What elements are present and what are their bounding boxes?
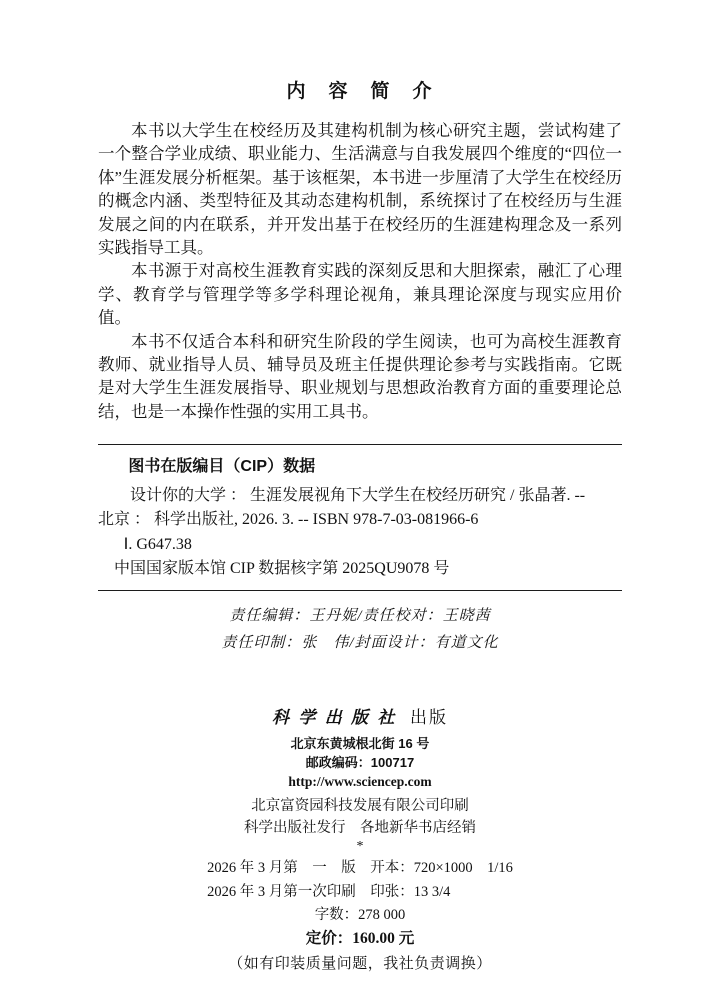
intro-paragraph-3: 本书不仅适合本科和研究生阶段的学生阅读，也可为高校生涯教育教师、就业指导人员、辅… [98, 330, 622, 424]
publisher-postal-code: 邮政编码：100717 [98, 753, 622, 772]
printing-line: 2026 年 3 月第一次印刷 印张：13 3/4 [207, 880, 513, 904]
publisher-logo-line: 科学出版社 出版 [98, 705, 622, 730]
word-count-line: 字数：278 000 [98, 904, 622, 926]
edition-line: 2026 年 3 月第 一 版 开本：720×1000 1/16 [207, 856, 513, 880]
cip-title-line: 设计你的大学 ： 生涯发展视角下大学生在校经历研究 / 张晶著. -- [98, 484, 622, 509]
credits-editor-line: 责任编辑：王丹妮/责任校对：王晓茜 [98, 603, 622, 630]
cip-heading: 图书在版编目（CIP）数据 [98, 455, 622, 480]
publisher-website: http://www.sciencep.com [98, 772, 622, 791]
publisher-logo-suffix: 出版 [404, 708, 448, 727]
divider-above-credits [98, 590, 622, 591]
intro-paragraph-1: 本书以大学生在校经历及其建构机制为核心研究主题，尝试构建了一个整合学业成绩、职业… [98, 119, 622, 259]
separator-asterisk: * [98, 839, 622, 855]
cip-classification: Ⅰ. G647.38 [98, 533, 622, 558]
intro-paragraph-2: 本书源于对高校生涯教育实践的深刻反思和大胆探索，融汇了心理学、教育学与管理学等多… [98, 259, 622, 329]
cip-block: 图书在版编目（CIP）数据 设计你的大学 ： 生涯发展视角下大学生在校经历研究 … [98, 455, 622, 582]
cip-publisher-line: 北京 ： 科学出版社, 2026. 3. -- ISBN 978-7-03-08… [98, 508, 622, 533]
edition-block: 2026 年 3 月第 一 版 开本：720×1000 1/16 2026 年 … [98, 856, 622, 904]
science-press-logo: 科学出版社 [272, 708, 404, 727]
exchange-note: （如有印装质量问题，我社负责调换） [98, 952, 622, 976]
credits-block: 责任编辑：王丹妮/责任校对：王晓茜 责任印制：张 伟/封面设计：有道文化 [98, 603, 622, 657]
divider-above-cip [98, 444, 622, 445]
price-line: 定价：160.00 元 [98, 927, 622, 951]
cip-record-number: 中国国家版本馆 CIP 数据核字第 2025QU9078 号 [98, 557, 622, 582]
publisher-address: 北京东黄城根北街 16 号 [98, 734, 622, 753]
printer-line: 北京富资园科技发展有限公司印刷 [98, 795, 622, 817]
publisher-block: 科学出版社 出版 北京东黄城根北街 16 号 邮政编码：100717 http:… [98, 705, 622, 976]
intro-heading: 内 容 简 介 [98, 76, 622, 103]
credits-print-design-line: 责任印制：张 伟/封面设计：有道文化 [98, 630, 622, 657]
book-copyright-page: 内 容 简 介 本书以大学生在校经历及其建构机制为核心研究主题，尝试构建了一个整… [0, 0, 720, 1000]
distribution-line: 科学出版社发行 各地新华书店经销 [98, 817, 622, 839]
